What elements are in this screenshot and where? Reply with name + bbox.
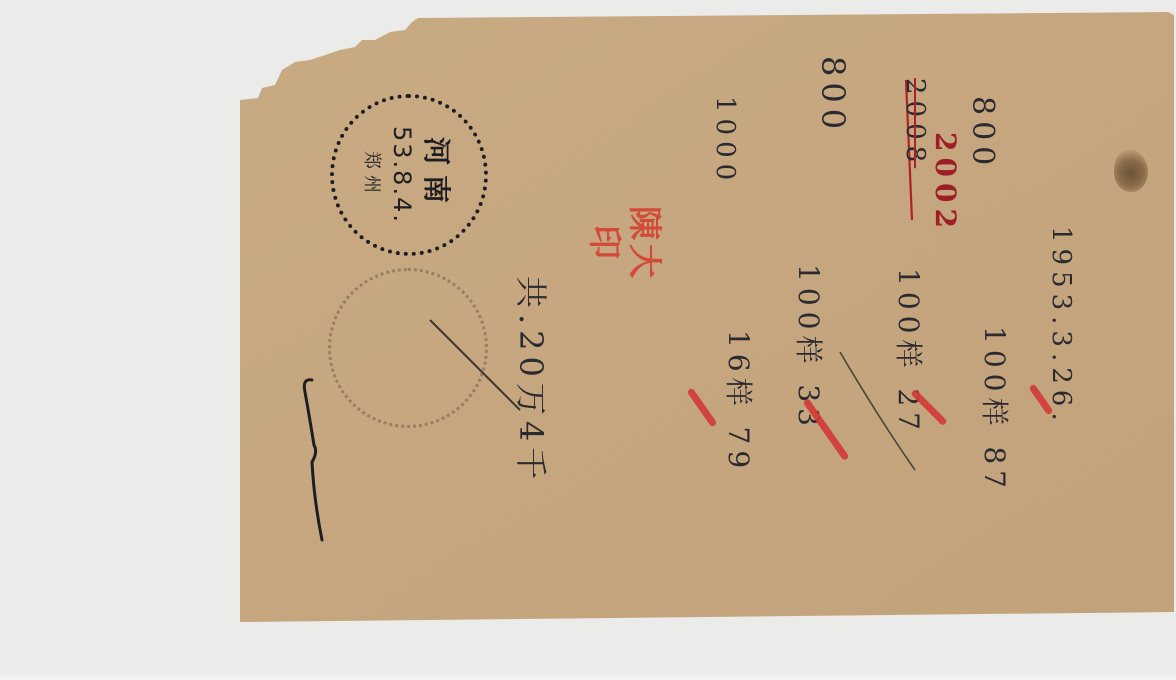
seal-text: 陳大印 (584, 202, 664, 286)
total-amount: 共.20万4千 (510, 276, 556, 485)
receipt-paper: 河南 53.8.4. 郑州 陳大印 1953.3.26. 800 100样 87… (0, 0, 1176, 680)
row-2-qty-corrected: 2002 (929, 132, 962, 234)
scan-edge (0, 674, 1176, 680)
date-line: 1953.3.26. (1046, 226, 1076, 427)
row-3-qty: 800 (814, 56, 852, 135)
row-2-qty-struck: 2008 (900, 78, 930, 168)
row-1-item: 100样 87 (976, 326, 1016, 494)
faded-postmark (328, 268, 488, 428)
row-2-item: 100样 27 (890, 268, 930, 436)
postmark-date: 53.8.4. (388, 105, 416, 245)
row-1-qty: 800 (965, 96, 1000, 171)
postmark-stamp: 河南 53.8.4. 郑州 (330, 94, 488, 256)
postmark-city: 郑州 (360, 105, 386, 245)
red-seal: 陳大印 (578, 198, 670, 290)
postmark-province: 河南 (418, 105, 458, 245)
row-4-item: 16样 79 (720, 330, 760, 474)
row-4-qty: 1000 (710, 96, 740, 186)
ink-stain (1114, 150, 1148, 192)
